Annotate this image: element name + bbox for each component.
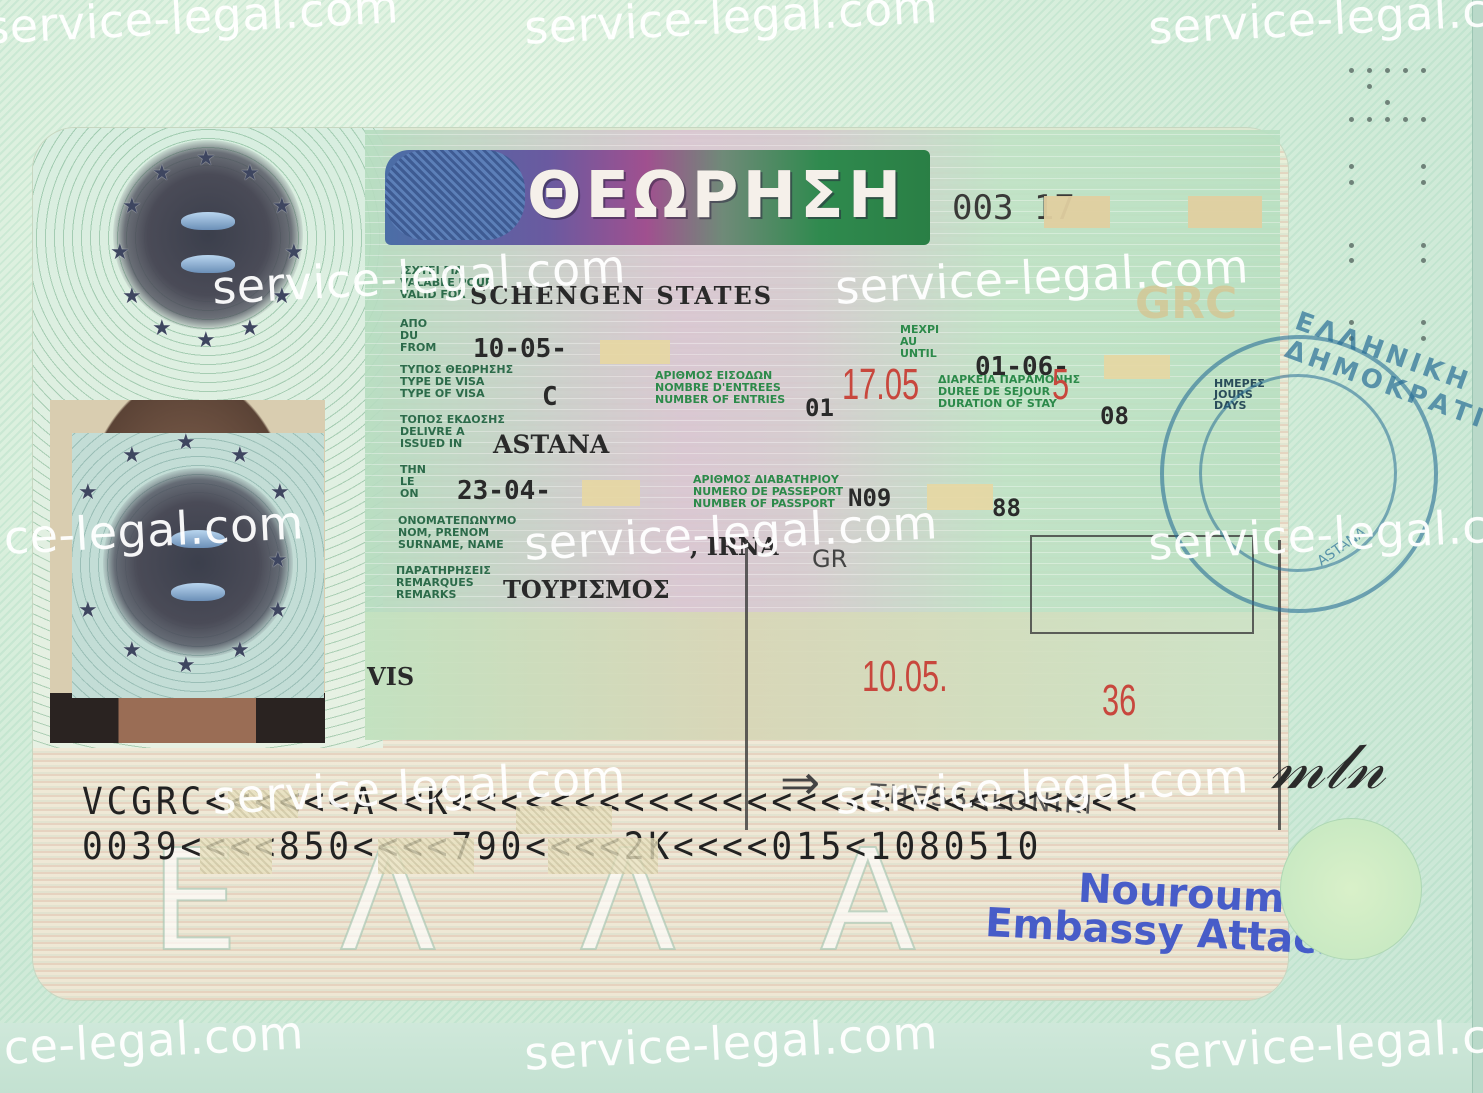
redaction	[600, 340, 670, 364]
entry-stamp-date: 17.05	[842, 360, 919, 410]
from-value: 10-05-	[473, 334, 567, 364]
on-label: ΤΗΝLEON	[400, 464, 426, 500]
from-label: ΑΠΟDUFROM	[400, 318, 436, 354]
remarks-label: ΠΑΡΑΤΗΡΗΣΕΙΣREMARQUESREMARKS	[396, 565, 491, 601]
entries-label: ΑΡΙΘΜΟΣ ΕΙΣΟΔΩΝNOMBRE D'ENTREESNUMBER OF…	[655, 370, 785, 406]
redaction	[516, 806, 612, 834]
consular-round-stamp: ΕΛΛΗΝΙΚΗ ΔΗΜΟΚΡΑΤΙΑ ASTANA	[1160, 335, 1438, 613]
entry-stamp-tail: 5	[1052, 360, 1069, 410]
on-value: 23-04-	[457, 476, 551, 506]
redaction	[1104, 355, 1170, 379]
redaction	[548, 838, 658, 874]
passport-page: E Λ Λ Α ★★★ ★★ ★★ ★★ ★★★ ★★★ ★★ ★ ★★ ★★★…	[0, 0, 1483, 1093]
visa-logo	[385, 150, 525, 240]
type-of-visa-label: ΤΥΠΟΣ ΘΕΩΡΗΣΗΣTYPE DE VISATYPE OF VISA	[400, 364, 513, 400]
issued-in-value: ASTANA	[493, 430, 609, 459]
entries-value: 01	[805, 394, 834, 422]
until-label: ΜΕΧΡΙAUUNTIL	[900, 324, 939, 360]
redaction	[1188, 196, 1262, 228]
redaction	[378, 838, 474, 874]
redaction	[582, 480, 640, 506]
redaction	[1044, 196, 1110, 228]
watermark: service-legal.com	[0, 0, 400, 55]
exit-stamp-tail: 36	[1102, 676, 1136, 726]
document-title: ΘΕΩΡΗΣΗ	[527, 150, 927, 242]
vis-mark: VIS	[367, 662, 414, 691]
duration-value: 08	[1100, 402, 1129, 430]
remarks-value: ΤΟΥΡΙΣΜΟΣ	[503, 575, 670, 604]
hologram	[1280, 818, 1422, 960]
redaction	[200, 838, 272, 874]
watermark: service-legal.com	[1147, 0, 1483, 55]
passport-number-suffix: 88	[992, 494, 1021, 522]
watermark: service-legal.com	[523, 0, 939, 55]
signature: 𝓂𝓁𝓃	[1270, 730, 1385, 804]
exit-stamp-date: 10.05.	[862, 652, 948, 702]
issued-in-label: ΤΟΠΟΣ ΕΚΔΟΣΗΣDELIVRE AISSUED IN	[400, 414, 505, 450]
type-of-visa-value: C	[542, 382, 558, 412]
surname-label: ΟΝΟΜΑΤΕΠΩΝΥΜΟNOM, PRENOMSURNAME, NAME	[398, 515, 516, 551]
